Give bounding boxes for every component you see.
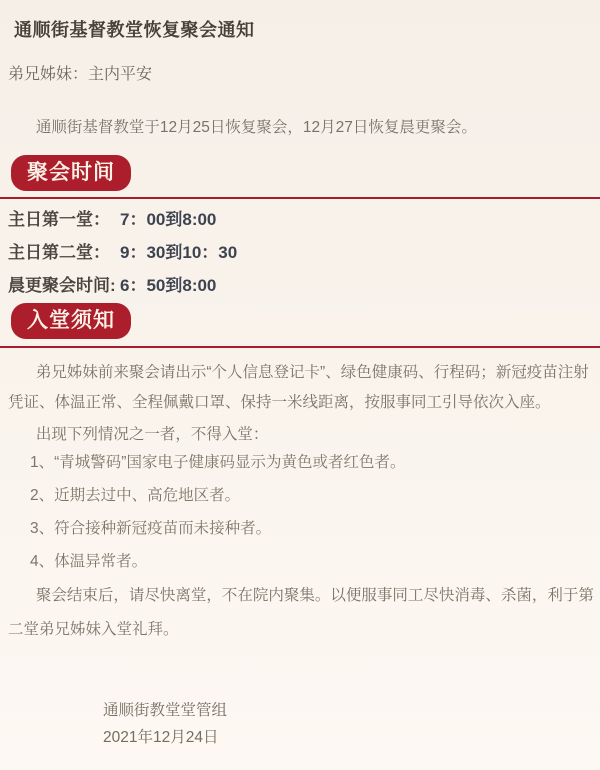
time-row-morning-service: 晨更聚会时间: 6：50到8:00 xyxy=(8,273,600,299)
rules-list: 1、“青城警码”国家电子健康码显示为黄色或者红色者。 2、近期去过中、高危地区者… xyxy=(30,450,594,575)
time-row-first-service: 主日第一堂： 7：00到8:00 xyxy=(8,207,600,233)
rule-item: 4、体温异常者。 xyxy=(30,549,594,575)
meeting-times-badge-label: 聚会时间 xyxy=(27,161,115,184)
time-value: 7：00到8:00 xyxy=(120,207,216,233)
notice-page: 通顺街基督教堂恢复聚会通知 弟兄姊妹：主内平安 通顺街基督教堂于12月25日恢复… xyxy=(0,0,600,750)
date-line: 2021年12月24日 xyxy=(103,726,600,750)
rule-item: 2、近期去过中、高危地区者。 xyxy=(30,483,594,509)
time-label: 主日第一堂： xyxy=(8,207,120,233)
time-row-second-service: 主日第二堂： 9：30到10：30 xyxy=(8,240,600,266)
signature-line: 通顺街教堂堂管组 xyxy=(103,699,600,723)
notice-title: 通顺街基督教堂恢复聚会通知 xyxy=(14,17,586,44)
time-label: 主日第二堂： xyxy=(8,240,120,266)
footer: 通顺街教堂堂管组 2021年12月24日 xyxy=(103,699,600,750)
rule-item: 3、符合接种新冠疫苗而未接种者。 xyxy=(30,516,594,542)
meeting-times-badge: 聚会时间 xyxy=(11,155,131,191)
entry-requirements-paragraph: 弟兄姊妹前来聚会请出示“个人信息登记卡”、绿色健康码、行程码；新冠疫苗注射凭证、… xyxy=(8,358,594,418)
entry-rules-badge-label: 入堂须知 xyxy=(27,309,115,332)
greeting-line: 弟兄姊妹：主内平安 xyxy=(8,63,592,87)
section-divider xyxy=(0,197,600,199)
closing-paragraph: 聚会结束后，请尽快离堂，不在院内聚集。以便服事同工尽快消毒、杀菌，利于第二堂弟兄… xyxy=(8,579,594,647)
section-divider xyxy=(0,346,600,348)
rules-intro-line: 出现下列情况之一者，不得入堂： xyxy=(8,420,594,450)
time-value: 6：50到8:00 xyxy=(120,273,216,299)
times-list: 主日第一堂： 7：00到8:00 主日第二堂： 9：30到10：30 晨更聚会时… xyxy=(8,207,600,299)
rule-item: 1、“青城警码”国家电子健康码显示为黄色或者红色者。 xyxy=(30,450,594,476)
intro-paragraph: 通顺街基督教堂于12月25日恢复聚会，12月27日恢复晨更聚会。 xyxy=(8,116,594,140)
entry-rules-badge: 入堂须知 xyxy=(11,303,131,339)
section-entry-rules: 入堂须知 弟兄姊妹前来聚会请出示“个人信息登记卡”、绿色健康码、行程码；新冠疫苗… xyxy=(0,303,600,647)
section-meeting-times: 聚会时间 主日第一堂： 7：00到8:00 主日第二堂： 9：30到10：30 … xyxy=(0,155,600,299)
time-value: 9：30到10：30 xyxy=(120,240,237,266)
time-label: 晨更聚会时间: xyxy=(8,273,120,299)
